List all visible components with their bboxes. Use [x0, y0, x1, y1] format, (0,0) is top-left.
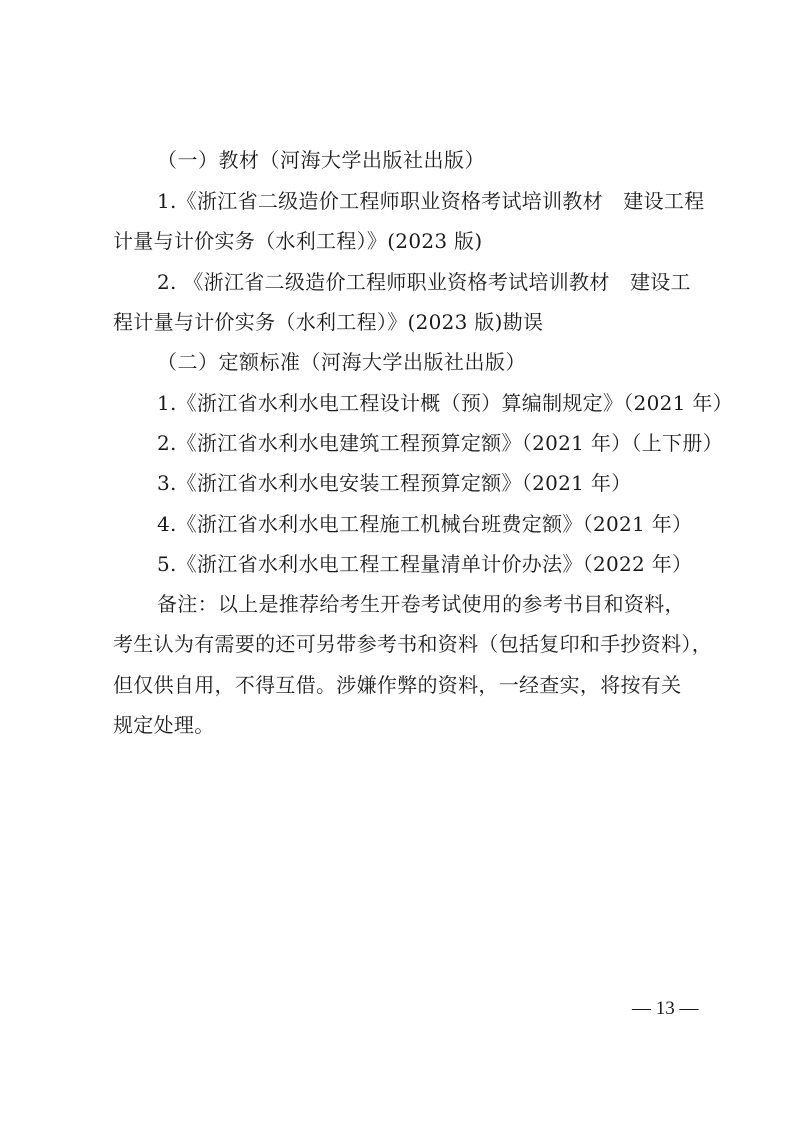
- section-heading-quota-standards: （二）定额标准（河海大学出版社出版）: [157, 348, 752, 376]
- quota-item-5: 5.《浙江省水利水电工程工程量清单计价办法》（2022 年）: [157, 550, 752, 578]
- textbook-item-1-line1: 1.《浙江省二级造价工程师职业资格考试培训教材 建设工程: [157, 187, 752, 215]
- note-line-1: 备注：以上是推荐给考生开卷考试使用的参考书目和资料，: [157, 590, 752, 618]
- note-line-4: 规定处理。: [113, 711, 708, 739]
- quota-item-1: 1.《浙江省水利水电工程设计概（预）算编制规定》（2021 年）: [157, 389, 752, 417]
- textbook-item-2-line1: 2. 《浙江省二级造价工程师职业资格考试培训教材 建设工: [157, 268, 752, 296]
- note-line-2: 考生认为有需要的还可另带参考书和资料（包括复印和手抄资料），: [113, 630, 708, 658]
- textbook-item-1-line2: 计量与计价实务（水利工程）》(2023 版): [113, 227, 708, 255]
- quota-item-2: 2.《浙江省水利水电建筑工程预算定额》（2021 年）（上下册）: [157, 429, 752, 457]
- section-heading-textbooks: （一）教材（河海大学出版社出版）: [157, 146, 752, 174]
- document-page: （一）教材（河海大学出版社出版） 1.《浙江省二级造价工程师职业资格考试培训教材…: [0, 0, 800, 1131]
- textbook-item-2-line2: 程计量与计价实务（水利工程）》(2023 版)勘误: [113, 308, 708, 336]
- quota-item-4: 4.《浙江省水利水电工程施工机械台班费定额》（2021 年）: [157, 510, 752, 538]
- quota-item-3: 3.《浙江省水利水电安装工程预算定额》（2021 年）: [157, 469, 752, 497]
- page-number: — 13 —: [632, 997, 699, 1021]
- note-line-3: 但仅供自用，不得互借。涉嫌作弊的资料，一经查实，将按有关: [113, 671, 708, 699]
